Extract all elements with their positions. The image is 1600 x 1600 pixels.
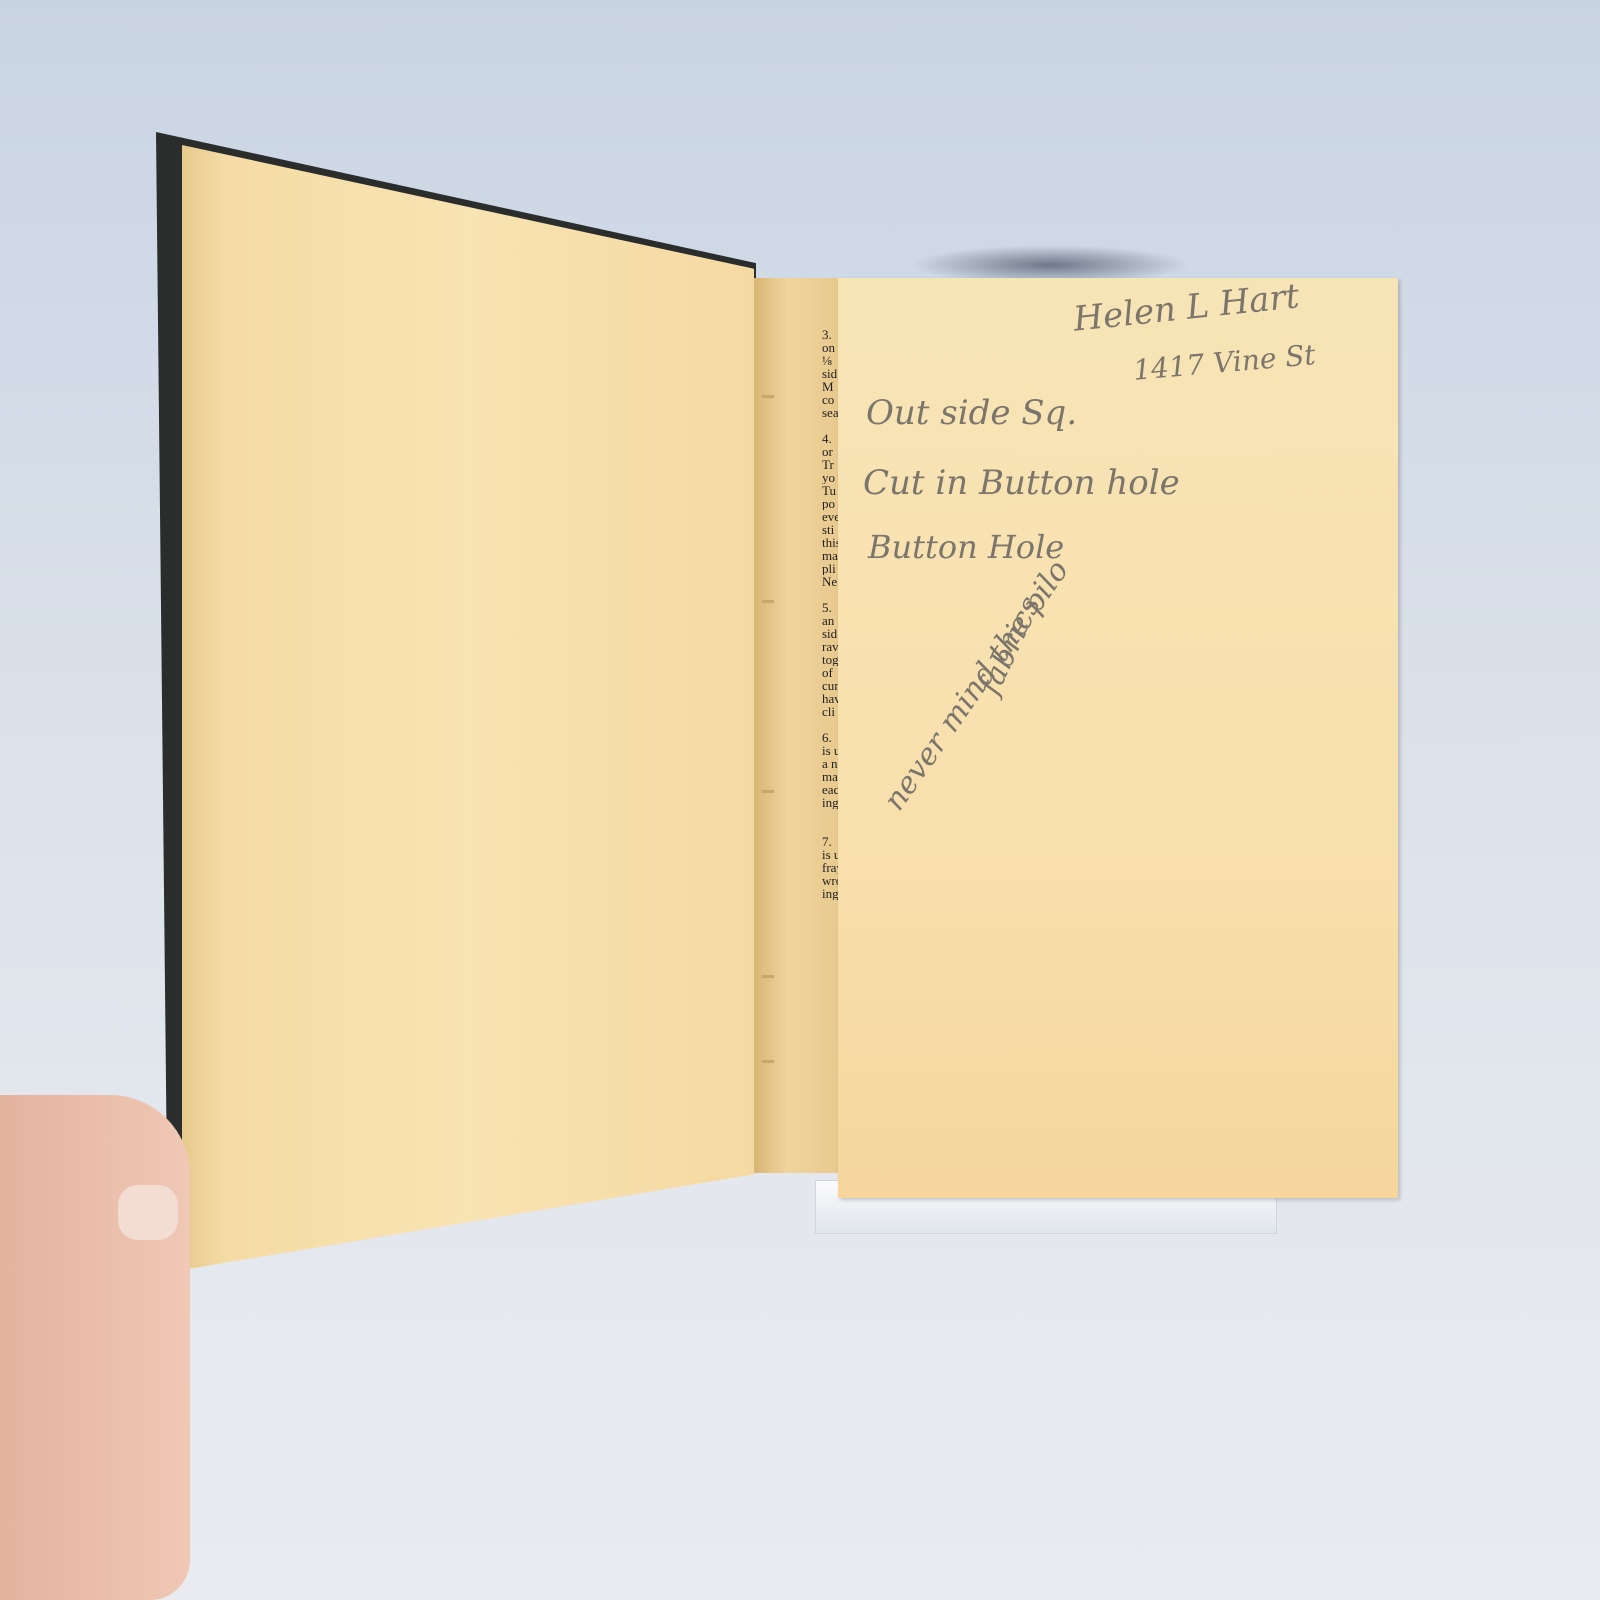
binding-stitch <box>762 975 774 978</box>
binding-stitch <box>762 395 774 398</box>
handwritten-note-2: Cut in Button hole <box>863 463 1180 503</box>
owner-name-inscription: Helen L Hart <box>1072 276 1302 339</box>
owner-address-inscription: 1417 Vine St <box>1132 338 1317 387</box>
binding-stitch <box>762 1060 774 1063</box>
handwritten-note-3: Button Hole <box>868 528 1064 566</box>
thumbnail <box>118 1185 178 1240</box>
right-page: Helen L Hart 1417 Vine St Out side Sq. C… <box>838 278 1398 1198</box>
binding-stitch <box>762 600 774 603</box>
handwritten-note-1: Out side Sq. <box>866 393 1077 433</box>
left-endpaper <box>182 145 754 1270</box>
binding-stitch <box>762 790 774 793</box>
hand <box>0 1095 190 1600</box>
